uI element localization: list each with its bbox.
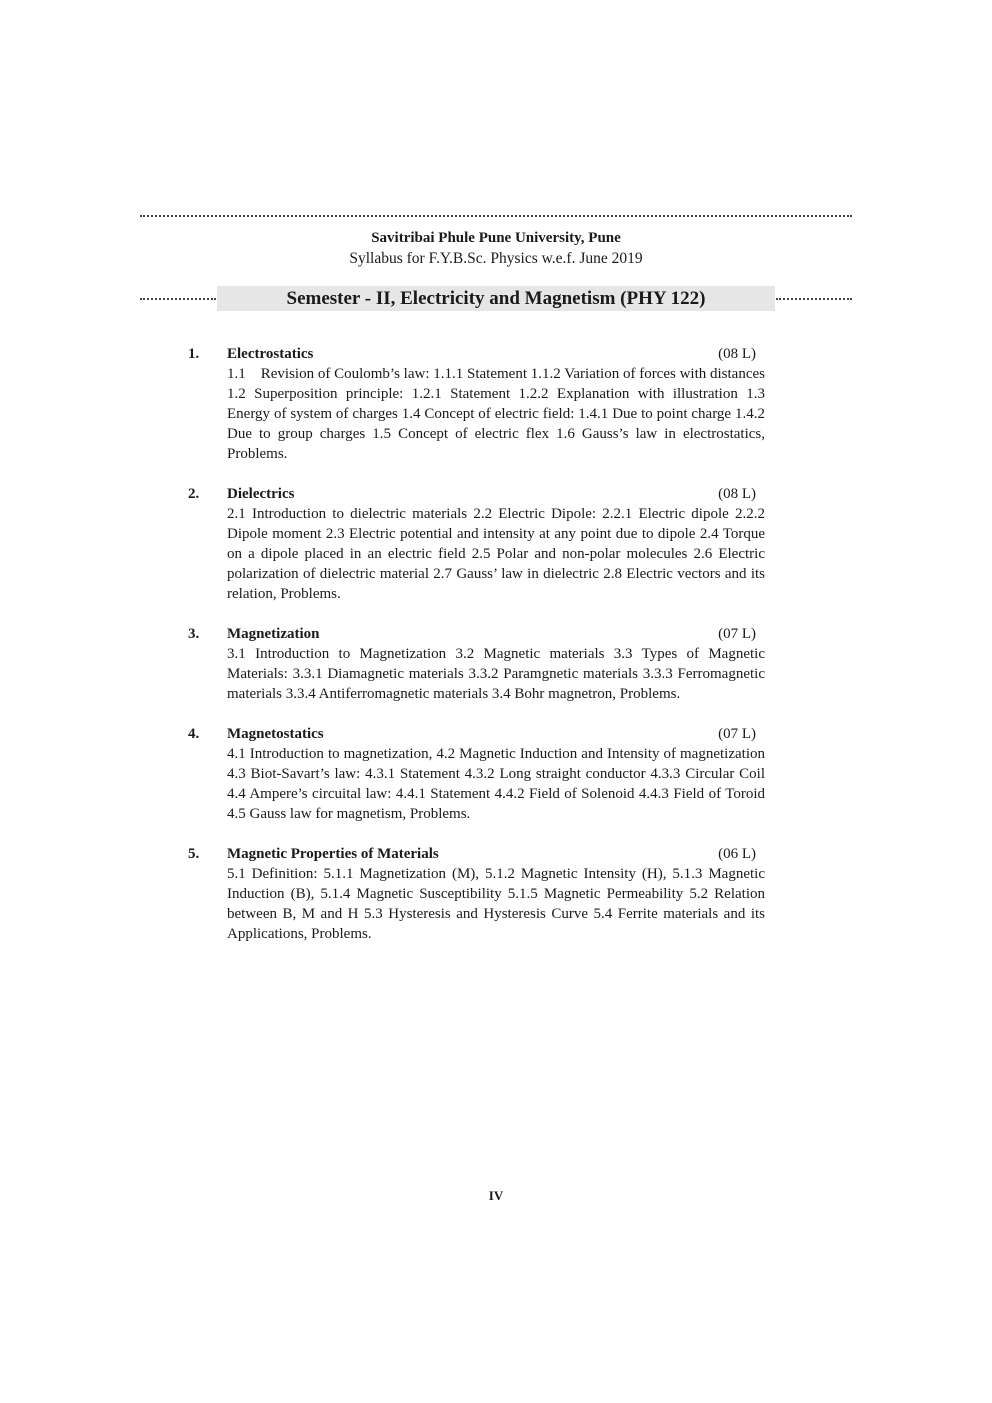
unit-item: 1. Electrostatics (08 L) 1.1 Revision of… [188,344,768,464]
unit-title: Dielectrics [227,484,294,504]
unit-number: 5. [188,844,199,864]
unit-item: 5. Magnetic Properties of Materials (06 … [188,844,768,944]
unit-title: Magnetization [227,624,319,644]
left-dotted-divider [140,298,216,300]
right-dotted-divider [776,298,852,300]
unit-content: 5.1 Definition: 5.1.1 Magnetization (M),… [227,864,765,944]
syllabus-subtitle: Syllabus for F.Y.B.Sc. Physics w.e.f. Ju… [0,250,992,268]
top-dotted-divider [140,215,852,217]
university-name: Savitribai Phule Pune University, Pune [0,230,992,247]
unit-number: 2. [188,484,199,504]
unit-title: Electrostatics [227,344,313,364]
unit-hours: (07 L) [718,724,756,744]
unit-content: 1.1 Revision of Coulomb’s law: 1.1.1 Sta… [227,364,765,464]
unit-number: 1. [188,344,199,364]
unit-content: 2.1 Introduction to dielectric materials… [227,504,765,604]
unit-title: Magnetostatics [227,724,324,744]
unit-hours: (08 L) [718,484,756,504]
unit-number: 3. [188,624,199,644]
unit-hours: (06 L) [718,844,756,864]
unit-item: 2. Dielectrics (08 L) 2.1 Introduction t… [188,484,768,604]
unit-content: 3.1 Introduction to Magnetization 3.2 Ma… [227,644,765,704]
units-list: 1. Electrostatics (08 L) 1.1 Revision of… [188,344,768,964]
unit-title: Magnetic Properties of Materials [227,844,439,864]
semester-title: Semester - II, Electricity and Magnetism… [217,286,775,311]
page-number: IV [0,1188,992,1204]
unit-number: 4. [188,724,199,744]
unit-hours: (08 L) [718,344,756,364]
unit-content: 4.1 Introduction to magnetization, 4.2 M… [227,744,765,824]
unit-hours: (07 L) [718,624,756,644]
unit-item: 4. Magnetostatics (07 L) 4.1 Introductio… [188,724,768,824]
unit-item: 3. Magnetization (07 L) 3.1 Introduction… [188,624,768,704]
